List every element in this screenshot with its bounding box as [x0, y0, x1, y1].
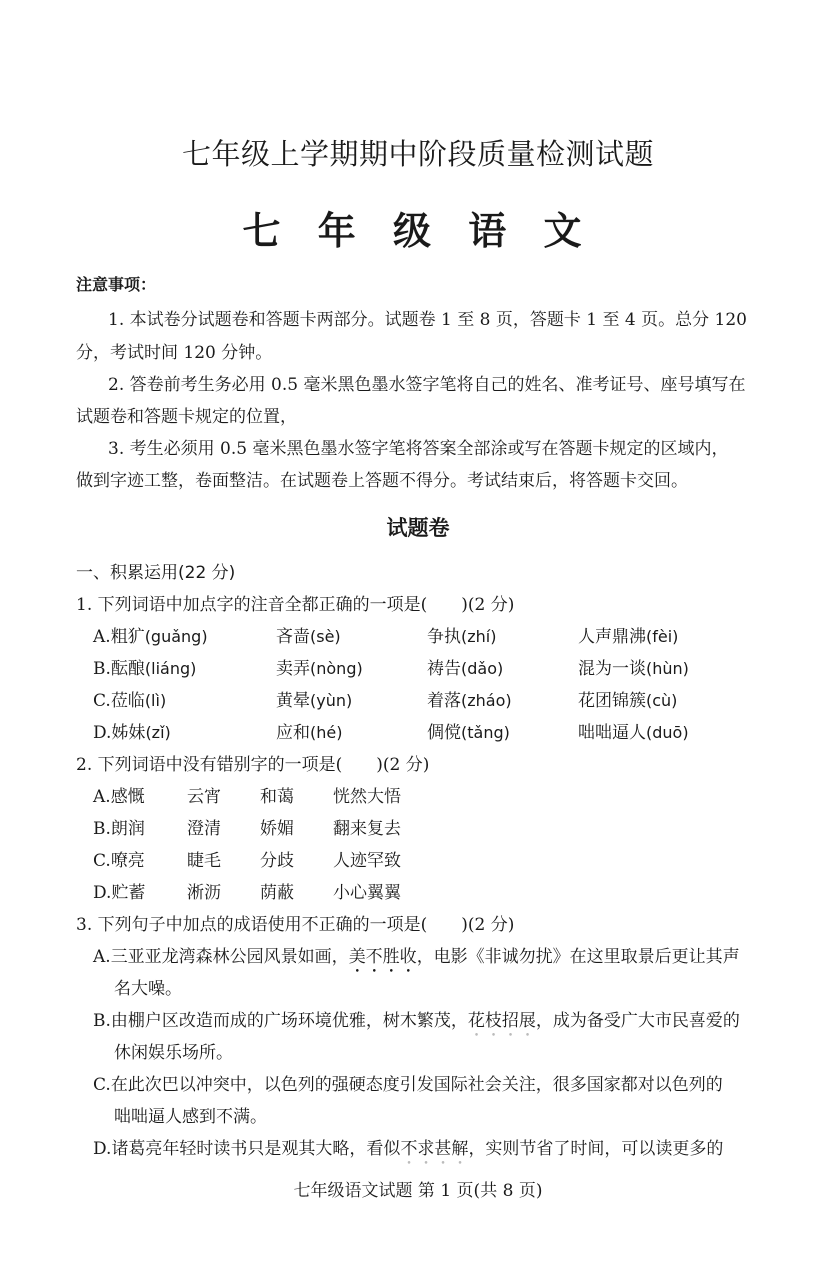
- q3-option-d: D.诸葛亮年轻时读书只是观其大略，看似不求甚解，实则节省了时间，可以读更多的: [93, 1134, 723, 1169]
- emphasized-idiom: 花枝招展: [468, 1011, 536, 1031]
- q2-option-d: D.贮蓄: [93, 878, 145, 903]
- q1-c-item-3: 着落(zháo): [427, 686, 512, 711]
- q2-b-item-4: 翻来复去: [333, 814, 401, 839]
- notice-item-3-line1: 3. 考生必须用 0.5 毫米黑色墨水签字笔将答案全部涂或写在答题卡规定的区域内…: [108, 434, 728, 459]
- notice-item-1-line2: 分，考试时间 120 分钟。: [76, 338, 272, 363]
- q1-option-b: B.酝酿(liáng): [93, 654, 196, 679]
- q3-option-c-line2: 咄咄逼人感到不满。: [114, 1102, 267, 1127]
- q3-option-c: C.在此次巴以冲突中，以色列的强硬态度引发国际社会关注，很多国家都对以色列的: [93, 1070, 723, 1095]
- notice-item-1-line1: 1. 本试卷分试题卷和答题卡两部分。试题卷 1 至 8 页，答题卡 1 至 4 …: [108, 305, 747, 330]
- q1-option-d: D.姊妹(zǐ): [93, 718, 171, 743]
- q1-b-item-4: 混为一谈(hùn): [578, 654, 689, 679]
- q3-option-a-line2: 名大噪。: [114, 974, 182, 999]
- q2-a-item-3: 和蔼: [260, 782, 294, 807]
- notice-item-3-line2: 做到字迹工整，卷面整洁。在试题卷上答题不得分。考试结束后，将答题卡交回。: [76, 466, 688, 491]
- notice-heading: 注意事项：: [76, 272, 156, 295]
- q1-option-a: A.粗犷(guǎng): [93, 622, 208, 647]
- page-footer: 七年级语文试题 第 1 页(共 8 页): [0, 1176, 836, 1201]
- q2-option-a: A.感慨: [93, 782, 145, 807]
- q3-option-b-line2: 休闲娱乐场所。: [114, 1038, 233, 1063]
- q1-b-item-2: 卖弄(nòng): [276, 654, 363, 679]
- q3-option-a: A.三亚亚龙湾森林公园风景如画，美不胜收，电影《非诚勿扰》在这里取景后更让其声: [93, 942, 740, 977]
- q1-option-c: C.莅临(lì): [93, 686, 166, 711]
- notice-item-2-line2: 试题卷和答题卡规定的位置，: [76, 402, 297, 427]
- notice-item-2-line1: 2. 答卷前考生务必用 0.5 毫米黑色墨水签字笔将自己的姓名、准考证号、座号填…: [108, 370, 745, 395]
- q2-d-item-4: 小心翼翼: [333, 878, 401, 903]
- q2-b-item-3: 娇媚: [260, 814, 294, 839]
- q1-d-item-2: 应和(hé): [276, 718, 342, 743]
- q1-a-item-2: 吝啬(sè): [276, 622, 341, 647]
- emphasized-idiom: 美不胜收: [349, 947, 417, 967]
- q1-d-item-4: 咄咄逼人(duō): [578, 718, 689, 743]
- q1-c-item-4: 花团锦簇(cù): [578, 686, 677, 711]
- q2-c-item-4: 人迹罕致: [333, 846, 401, 871]
- q2-d-item-2: 淅沥: [187, 878, 221, 903]
- part1-title: 一、积累运用(22 分): [76, 558, 235, 583]
- q1-d-item-3: 倜傥(tǎng): [427, 718, 510, 743]
- question-2-stem: 2. 下列词语中没有错别字的一项是( )(2 分): [76, 750, 429, 775]
- exam-title: 七年级上学期期中阶段质量检测试题: [0, 132, 836, 173]
- question-1-stem: 1. 下列词语中加点字的注音全都正确的一项是( )(2 分): [76, 590, 514, 615]
- subject-title: 七 年 级 语 文: [0, 200, 836, 255]
- emphasized-idiom: 不求甚解: [400, 1139, 468, 1159]
- q1-a-item-4: 人声鼎沸(fèi): [578, 622, 678, 647]
- q1-b-item-3: 祷告(dǎo): [427, 654, 503, 679]
- q2-b-item-2: 澄清: [187, 814, 221, 839]
- q2-c-item-2: 睫毛: [187, 846, 221, 871]
- q2-option-c: C.嘹亮: [93, 846, 145, 871]
- q3-option-b: B.由棚户区改造而成的广场环境优雅，树木繁茂，花枝招展，成为备受广大市民喜爱的: [93, 1006, 740, 1041]
- q2-a-item-2: 云宵: [187, 782, 221, 807]
- q1-c-item-2: 黄晕(yùn): [276, 686, 352, 711]
- q1-a-item-3: 争执(zhí): [427, 622, 496, 647]
- q2-option-b: B.朗润: [93, 814, 145, 839]
- q2-a-item-4: 恍然大悟: [333, 782, 401, 807]
- q2-d-item-3: 荫蔽: [260, 878, 294, 903]
- question-3-stem: 3. 下列句子中加点的成语使用不正确的一项是( )(2 分): [76, 910, 514, 935]
- q2-c-item-3: 分歧: [260, 846, 294, 871]
- section-title: 试题卷: [0, 512, 836, 542]
